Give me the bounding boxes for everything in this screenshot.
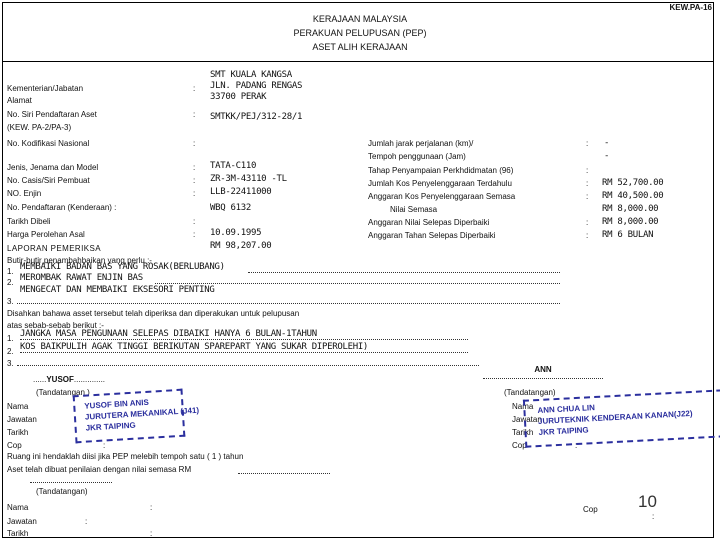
label-alamat: Alamat [7,96,32,106]
value-pendaftaran: WBQ 6132 [210,203,251,213]
label-laporan-pemeriksa: LAPORAN PEMERIKSA [7,244,101,254]
form-code: KEW.PA-16 [669,3,712,13]
footer-signature-dotline [30,482,112,483]
sebab-item3-num: 3. [7,359,14,369]
label-nilai-selepas: Anggaran Nilai Selepas Diperbaiki [368,218,489,228]
sig-left-name: YUSOF [46,375,74,384]
label-kementerian: Kementerian/Jabatan [7,84,83,94]
stamp-left-line3: JKR TAIPING [85,421,136,434]
colon-kodifikasi: : [193,139,195,149]
colon-jarak: : [586,139,588,149]
butir-item3-num: 3. [7,297,14,307]
form-page: KEW.PA-16 KERAJAAN MALAYSIA PERAKUAN PEL… [0,0,720,540]
label-tahan-selepas: Anggaran Tahan Selepas Diperbaiki [368,231,496,241]
label-kos-terdahulu: Jumlah Kos Penyelenggaraan Terdahulu [368,179,512,189]
value-no-siri: SMTKK/PEJ/312-28/1 [210,112,302,122]
colon-tahap: : [586,166,588,176]
label-kodifikasi: No. Kodifikasi Nasional [7,139,89,149]
sig-left-tarikh-label: Tarikh [7,428,28,438]
label-tempoh: Tempoh penggunaan (Jam) [368,152,466,162]
sebab-item2-dotline [20,352,468,353]
butir-item3-text: MENGECAT DAN MEMBAIKI EKSESORI PENTING [20,285,215,295]
butir-item2-dotline [155,283,560,284]
footer-tarikh-label: Tarikh [7,529,28,539]
footer-cop-label: Cop [583,505,598,515]
value-jenis: TATA-C110 [210,161,256,171]
sebab-item2-text: KOS BAIKPULIH AGAK TINGGI BERIKUTAN SPAR… [20,342,368,352]
label-harga: Harga Perolehan Asal [7,230,85,240]
value-jarak: - [604,138,609,148]
colon-enjin: : [193,189,195,199]
sig-left-jawatan-label: Jawatan [7,415,37,425]
footer-penilaian-dotline [238,473,330,474]
label-no-siri-note: (KEW. PA-2/PA-3) [7,123,71,133]
label-pendaftaran: No. Pendaftaran (Kenderaan) : [7,203,116,213]
colon-kos-semasa: : [586,192,588,202]
stamp-left: YUSOF BIN ANIS JURUTERA MEKANIKAL (J41) … [73,389,186,444]
sebab-item3-dotline [17,365,479,366]
value-tempoh: - [604,151,609,161]
footer-tandatangan: (Tandatangan) [36,487,88,497]
label-no-siri: No. Siri Pendaftaran Aset [7,110,97,120]
colon-harga: : [193,230,195,240]
label-casis: No. Casis/Siri Pembuat [7,176,90,186]
sig-right-name: ANN [483,365,603,375]
label-jarak: Jumlah jarak perjalanan (km)/ [368,139,473,149]
label-enjin: NO. Enjin [7,189,41,199]
sebab-item2-num: 2. [7,347,14,357]
label-jenis: Jenis, Jenama dan Model [7,163,98,173]
sig-left-cop-label: Cop [7,441,22,451]
footer-tarikh-colon: : [150,529,152,539]
label-tahap: Tahap Penyampaian Perkhdidmatan (96) [368,166,513,176]
butir-item3-dotline [17,303,560,304]
footer-jawatan-colon: : [85,517,87,527]
sebab-item1-num: 1. [7,334,14,344]
label-nilai-semasa: Nilai Semasa [390,205,437,215]
butir-item2-text: MEROMBAK RAWAT ENJIN BAS [20,273,143,283]
value-laporan: RM 98,207.00 [210,241,271,251]
colon-no-siri: : [193,110,195,120]
value-kementerian-line2: JLN. PADANG RENGAS [210,81,302,91]
colon-nilai-selepas: : [586,218,588,228]
sig-left-nama-label: Nama [7,402,28,412]
sebab-item1-dotline [20,339,468,340]
sig-left-dots-after: .............. [74,375,105,384]
header-title: PERAKUAN PELUPUSAN (PEP) [0,28,720,38]
footer-cop-colon: : [652,512,654,522]
butir-item1-num: 1. [7,267,14,277]
footer-nama-label: Nama [7,503,28,513]
page-number: 10 [638,492,657,512]
colon-tarikh-dibeli: : [193,217,195,227]
header-subtitle: ASET ALIH KERAJAAN [0,42,720,52]
value-kos-semasa: RM 40,500.00 [602,191,663,201]
value-nilai-selepas: RM 8,000.00 [602,217,658,227]
sig-left-name-line: ......YUSOF.............. [33,375,105,385]
value-kementerian-line3: 33700 PERAK [210,92,266,102]
stamp-right-line3: JKR TAIPING [538,425,589,438]
value-nilai-semasa: RM 8,000.00 [602,204,658,214]
header-country: KERAJAAN MALAYSIA [0,14,720,24]
colon-tahan-selepas: : [586,231,588,241]
footer-note: Ruang ini hendaklah diisi jika PEP meleb… [7,452,243,462]
pengesahan-line1: Disahkan bahawa asset tersebut telah dip… [7,309,299,319]
value-tahan-selepas: RM 6 BULAN [602,230,653,240]
footer-jawatan-label: Jawatan [7,517,37,527]
sig-right-tandatangan: (Tandatangan) [504,388,556,398]
sebab-item1-text: JANGKA MASA PENGUNAAN SELEPAS DIBAIKI HA… [20,329,317,339]
butir-item2-num: 2. [7,278,14,288]
value-kos-terdahulu: RM 52,700.00 [602,178,663,188]
footer-penilaian: Aset telah dibuat penilaian dengan nilai… [7,465,191,475]
value-harga: 10.09.1995 [210,228,261,238]
butir-item1-dotline [248,272,560,273]
label-tarikh-dibeli: Tarikh Dibeli [7,217,51,227]
colon-jenis: : [193,163,195,173]
sig-left-dots-before: ...... [33,375,46,384]
colon-casis: : [193,176,195,186]
colon-kos-terdahulu: : [586,179,588,189]
sig-right-dotline [483,378,603,379]
value-kementerian-line1: SMT KUALA KANGSA [210,70,292,80]
header-divider [2,61,713,62]
label-kos-semasa: Anggaran Kos Penyelenggaraan Semasa [368,192,515,202]
value-enjin: LLB-22411000 [210,187,271,197]
butir-item1-text: MEMBAIKI BADAN BAS YANG ROSAK(BERLUBANG) [20,262,225,272]
value-casis: ZR-3M-43110 -TL [210,174,287,184]
sig-left-cop-colon: : [103,441,105,451]
colon-kementerian: : [193,84,195,94]
footer-nama-colon: : [150,503,152,513]
